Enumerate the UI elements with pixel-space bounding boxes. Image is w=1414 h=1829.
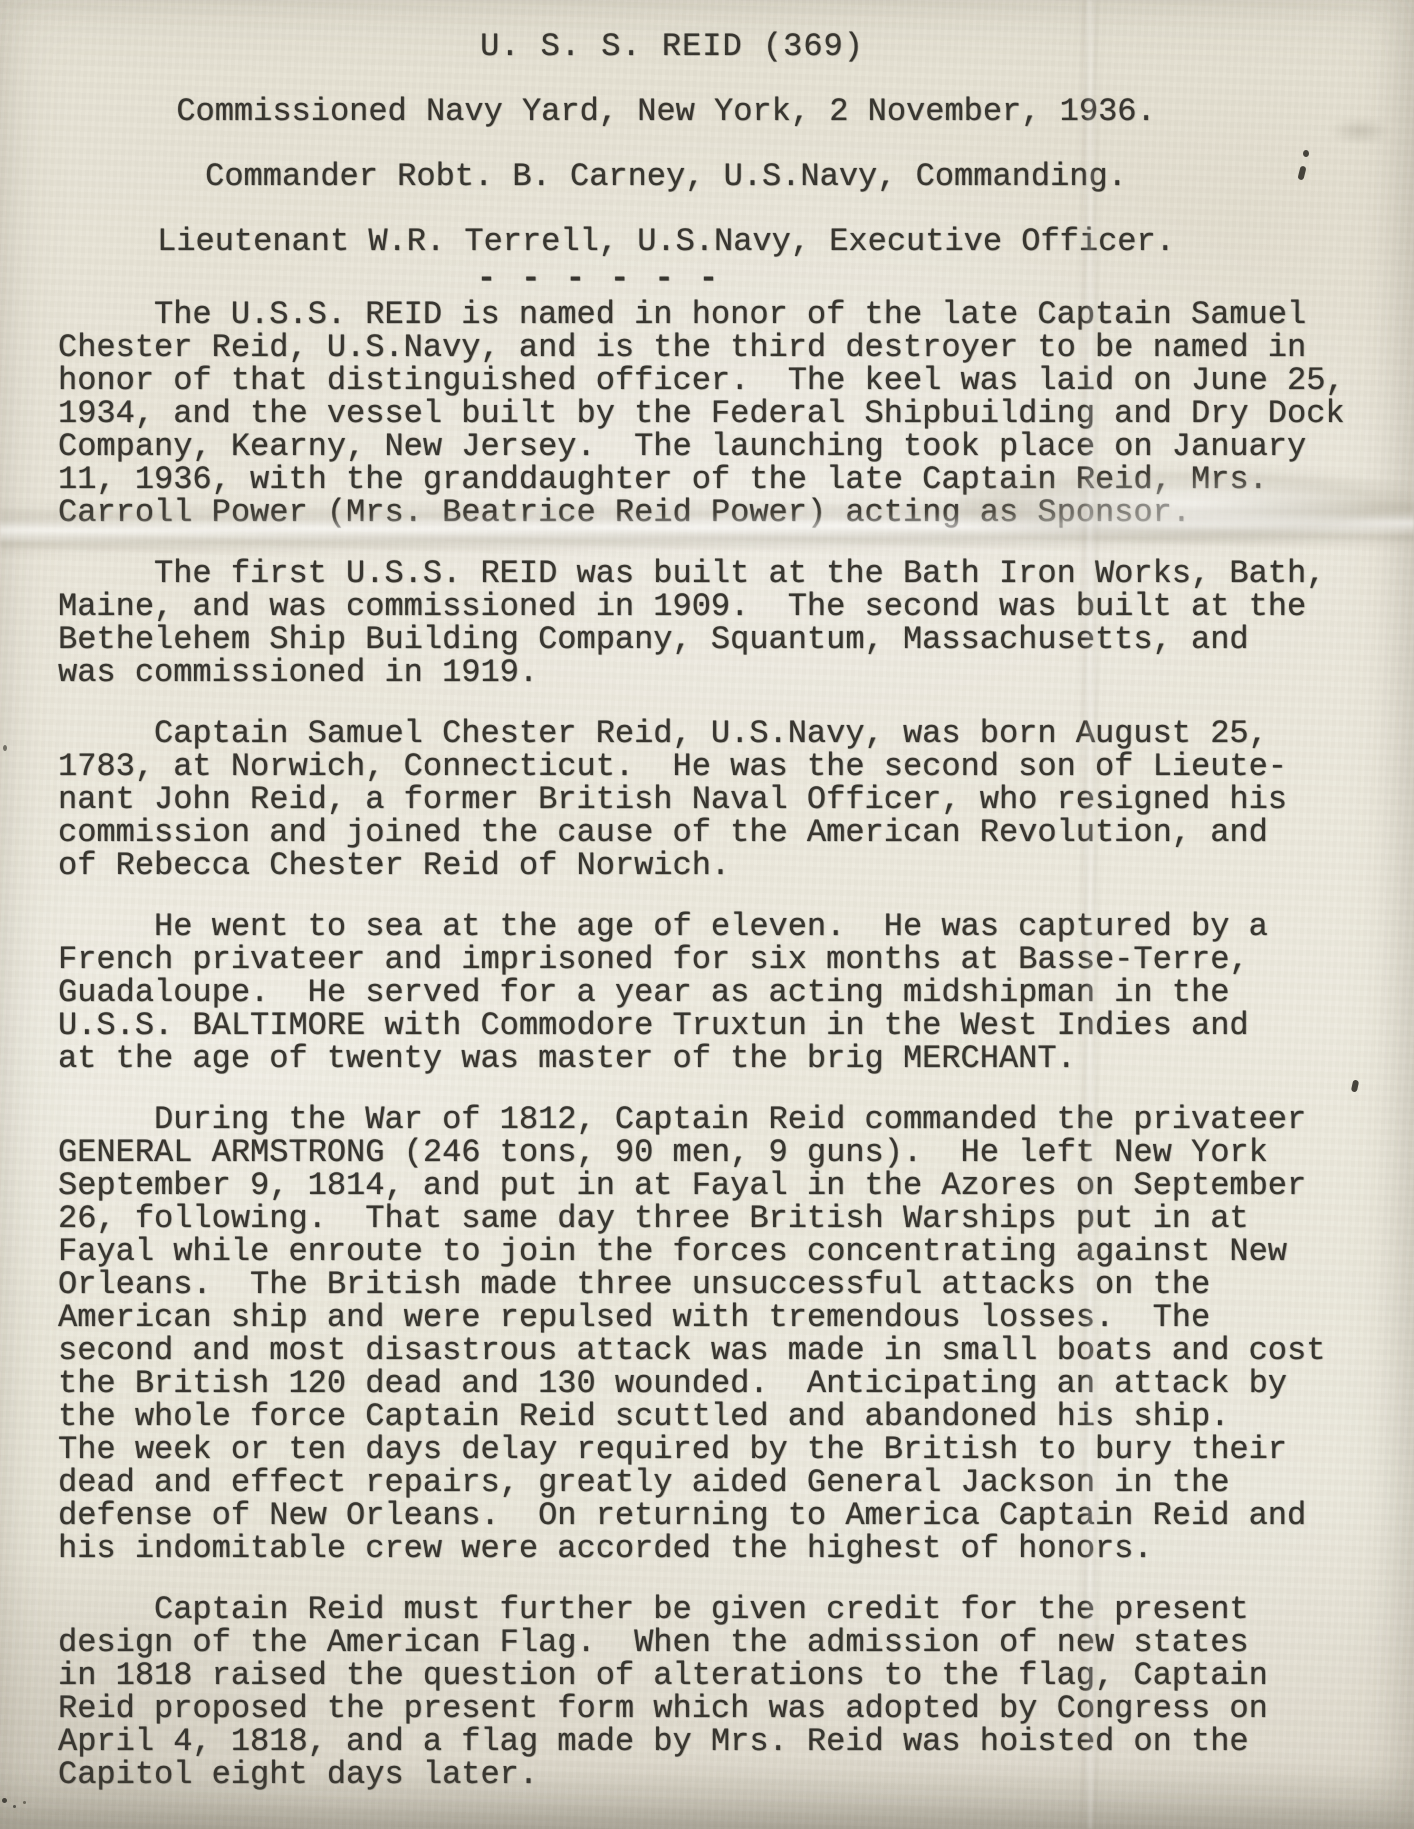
ink-speck bbox=[2, 1798, 7, 1803]
paragraph-war-of-1812: During the War of 1812, Captain Reid com… bbox=[58, 1103, 1370, 1565]
ink-speck bbox=[3, 745, 7, 751]
header-line-commander: Commander Robt. B. Carney, U.S.Navy, Com… bbox=[10, 160, 1322, 193]
letter-content: U. S. S. REID (369) Commissioned Navy Ya… bbox=[58, 12, 1370, 1819]
paragraph-previous-reids: The first U.S.S. REID was built at the B… bbox=[58, 557, 1370, 689]
paragraph-early-career: He went to sea at the age of eleven. He … bbox=[58, 910, 1370, 1075]
header-line-commissioned: Commissioned Navy Yard, New York, 2 Nove… bbox=[10, 95, 1322, 128]
header-line-executive-officer: Lieutenant W.R. Terrell, U.S.Navy, Execu… bbox=[10, 225, 1322, 258]
dashed-separator: - - - - - - bbox=[0, 266, 1255, 292]
paragraph-captain-reid-birth: Captain Samuel Chester Reid, U.S.Navy, w… bbox=[58, 717, 1370, 882]
paragraph-flag-design: Captain Reid must further be given credi… bbox=[58, 1593, 1370, 1791]
scanned-letter-page: U. S. S. REID (369) Commissioned Navy Ya… bbox=[0, 0, 1414, 1829]
document-title: U. S. S. REID (369) bbox=[16, 30, 1328, 63]
paragraph-ship-naming: The U.S.S. REID is named in honor of the… bbox=[58, 298, 1370, 529]
